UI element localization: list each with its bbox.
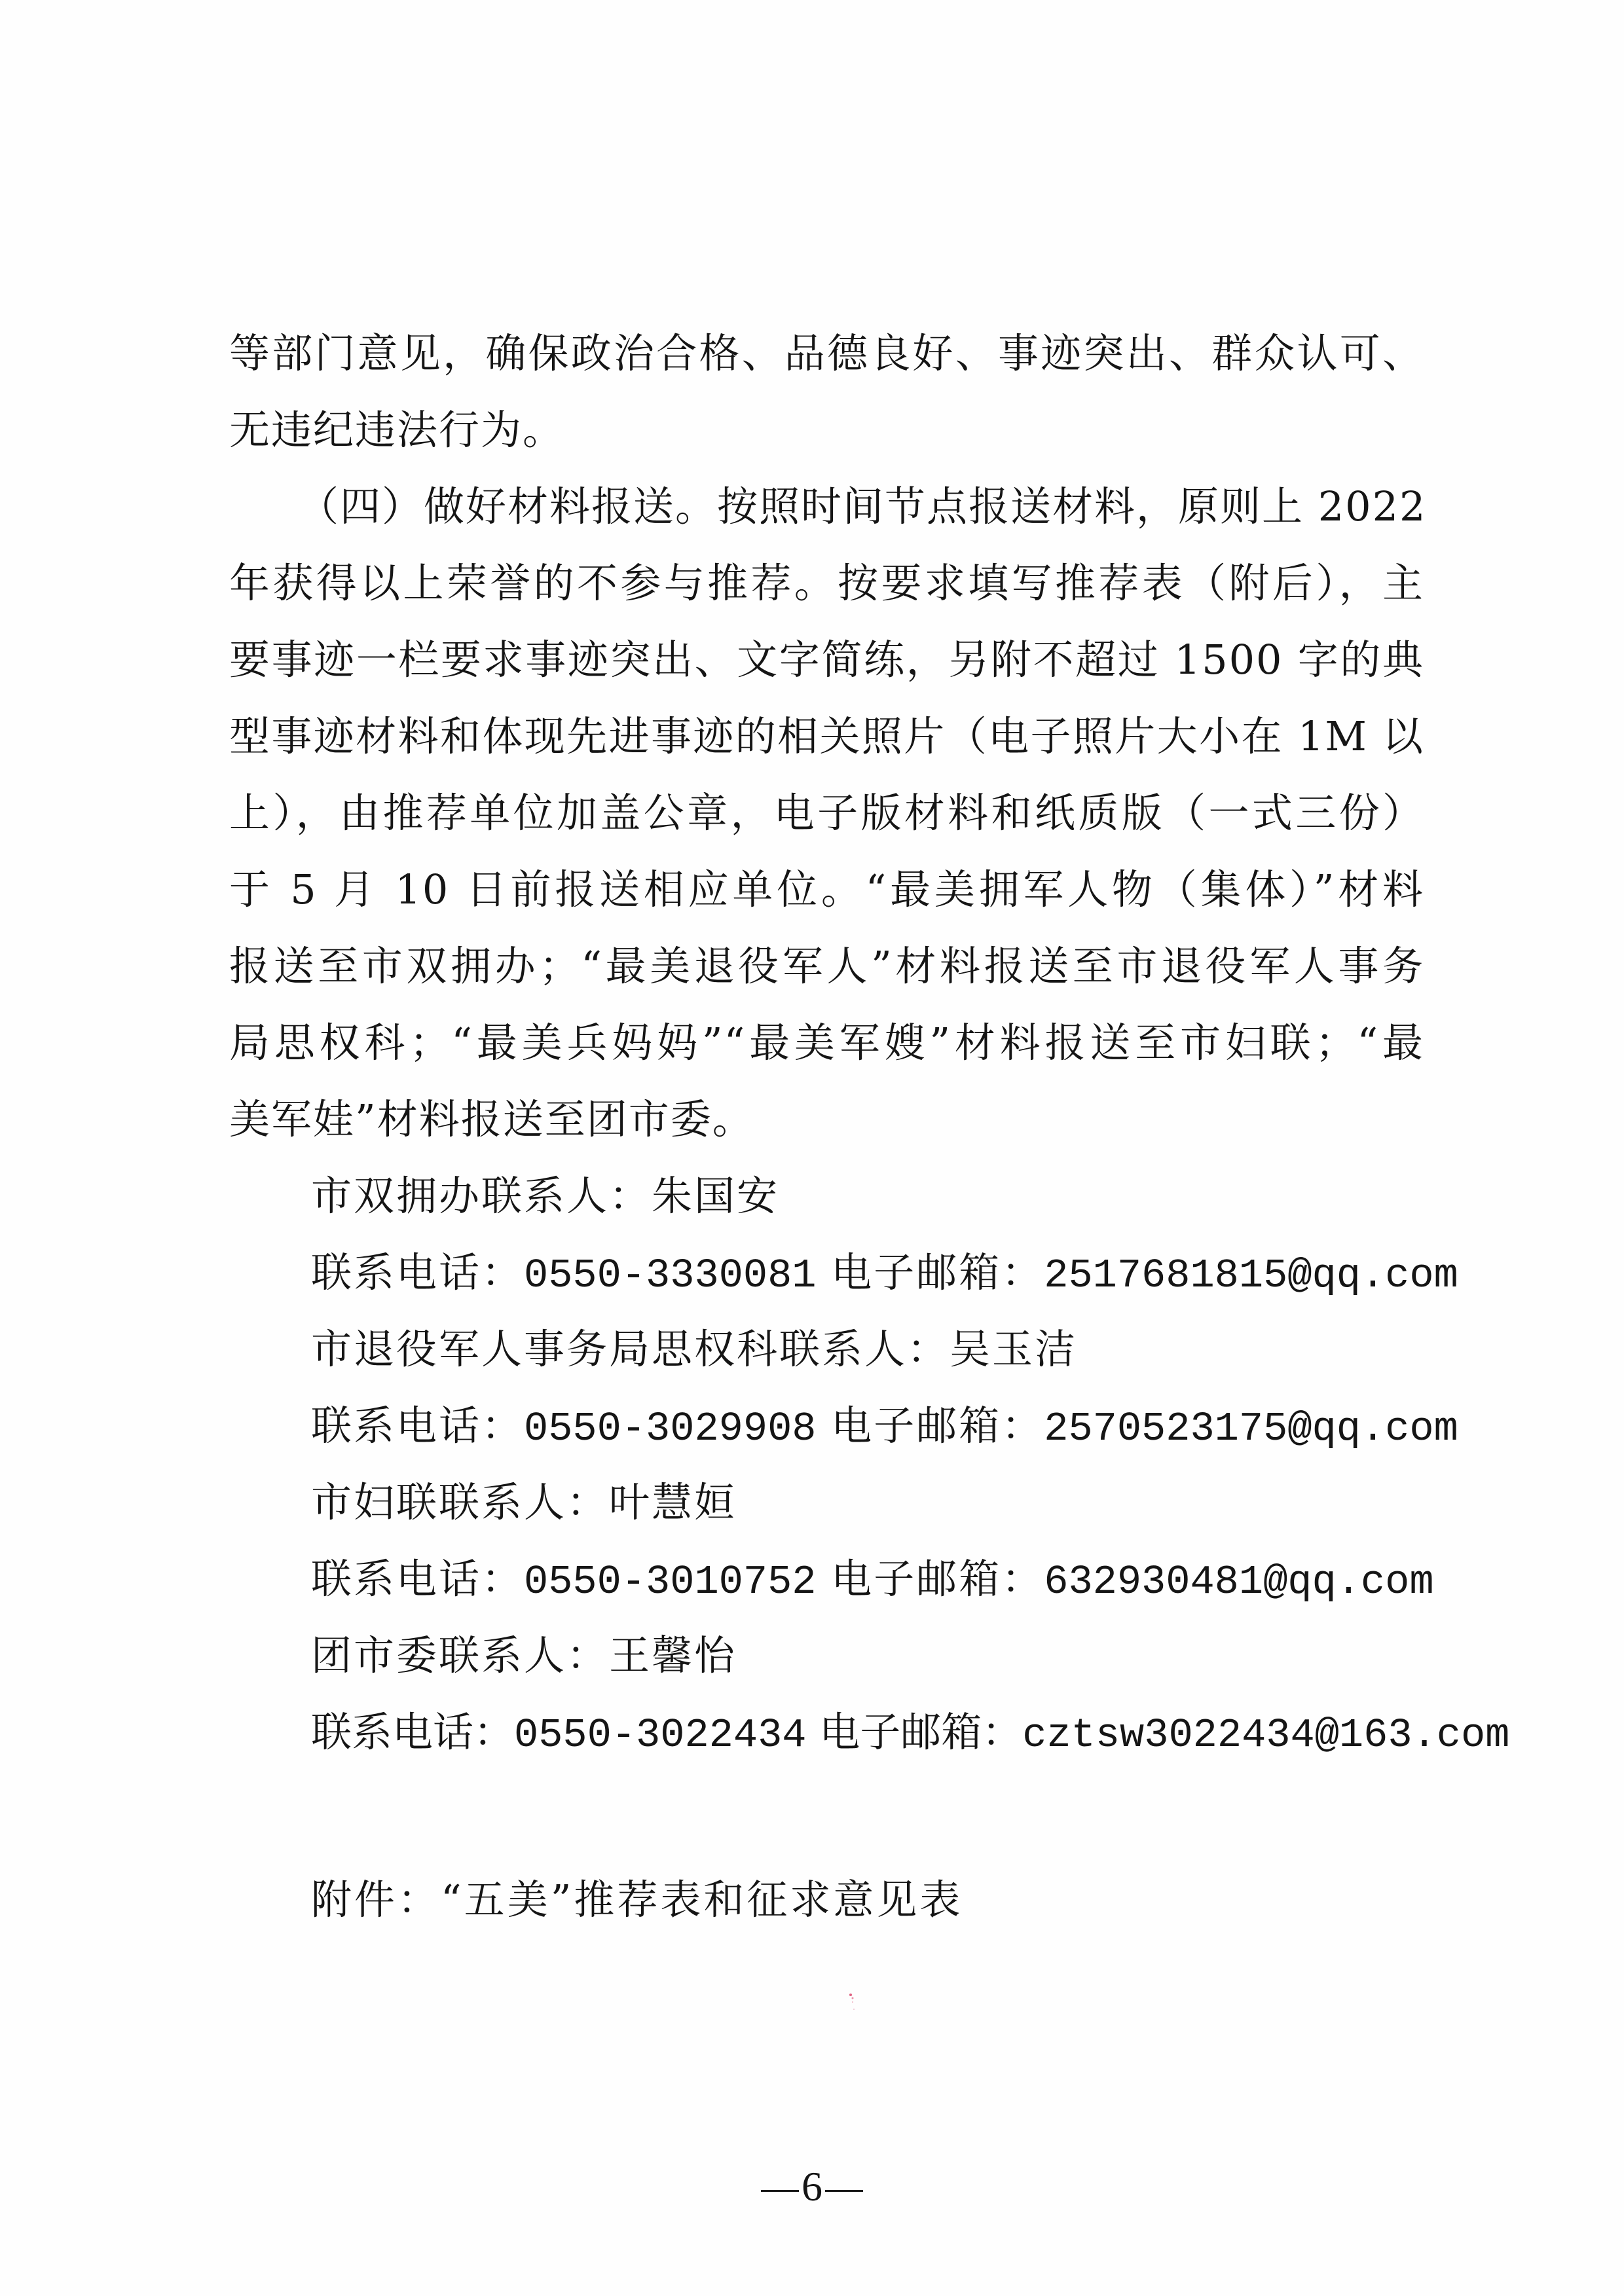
- phone-number: 0550-3010752: [524, 1559, 816, 1605]
- email-address[interactable]: 2570523175@qq.com: [1044, 1406, 1458, 1452]
- document-page: 等部门意见，确保政治合格、品德良好、事迹突出、群众认可、 无违纪违法行为。 （四…: [0, 0, 1624, 2296]
- dash-left-icon: [761, 2190, 799, 2192]
- body-line-1: 等部门意见，确保政治合格、品德良好、事迹突出、群众认可、: [229, 327, 1424, 380]
- contact-details-youth-league: 联系电话：0550-3022434 电子邮箱：cztsw3022434@163.…: [311, 1706, 1424, 1762]
- body-line-7: 上），由推荐单位加盖公章，电子版材料和纸质版（一式三份）: [229, 787, 1424, 839]
- email-address[interactable]: cztsw3022434@163.com: [1022, 1712, 1509, 1758]
- contact-details-shuangyongban: 联系电话：0550-3330081 电子邮箱：2517681815@qq.com: [311, 1247, 1424, 1302]
- contact-details-veterans-bureau: 联系电话：0550-3029908 电子邮箱：2570523175@qq.com: [311, 1400, 1424, 1455]
- contact-person-youth-league: 团市委联系人：王馨怡: [311, 1630, 737, 1682]
- red-ink-speck-icon: [849, 1993, 855, 2013]
- page-number: 6: [0, 2160, 1624, 2213]
- body-line-5: 要事迹一栏要求事迹突出、文字简练，另附不超过 1500 字的典: [229, 634, 1424, 686]
- email-label: 电子邮箱：: [831, 1248, 1044, 1296]
- body-line-10: 局思权科；“最美兵妈妈”“最美军嫂”材料报送至市妇联；“最: [229, 1017, 1424, 1069]
- dash-right-icon: [825, 2190, 863, 2192]
- email-label: 电子邮箱：: [831, 1402, 1044, 1449]
- phone-label: 联系电话：: [311, 1708, 514, 1756]
- phone-label: 联系电话：: [311, 1402, 524, 1449]
- email-label: 电子邮箱：: [819, 1708, 1022, 1756]
- phone-label: 联系电话：: [311, 1248, 524, 1296]
- contact-details-womens-federation: 联系电话：0550-3010752 电子邮箱：632930481@qq.com: [311, 1553, 1424, 1609]
- phone-number: 0550-3029908: [524, 1406, 816, 1452]
- phone-number: 0550-3022434: [514, 1712, 806, 1758]
- email-address[interactable]: 2517681815@qq.com: [1044, 1252, 1458, 1299]
- email-label: 电子邮箱：: [831, 1555, 1044, 1603]
- body-line-11: 美军娃”材料报送至团市委。: [229, 1093, 1424, 1146]
- contact-person-veterans-bureau: 市退役军人事务局思权科联系人：吴玉洁: [311, 1323, 1077, 1376]
- body-line-3-section-heading: （四）做好材料报送。按照时间节点报送材料，原则上 2022: [298, 481, 1424, 533]
- phone-number: 0550-3330081: [524, 1252, 816, 1299]
- contact-person-shuangyongban: 市双拥办联系人：朱国安: [311, 1170, 779, 1222]
- body-line-8: 于 5 月 10 日前报送相应单位。“最美拥军人物（集体）”材料: [229, 864, 1424, 916]
- contact-person-womens-federation: 市妇联联系人：叶慧姮: [311, 1476, 737, 1529]
- page-number-value: 6: [802, 2163, 822, 2210]
- body-line-4: 年获得以上荣誉的不参与推荐。按要求填写推荐表（附后），主: [229, 557, 1424, 610]
- attachment-note: 附件：“五美”推荐表和征求意见表: [311, 1874, 963, 1926]
- body-line-6: 型事迹材料和体现先进事迹的相关照片（电子照片大小在 1M 以: [229, 710, 1424, 763]
- email-address[interactable]: 632930481@qq.com: [1044, 1559, 1433, 1605]
- body-line-2: 无违纪违法行为。: [229, 404, 1424, 456]
- phone-label: 联系电话：: [311, 1555, 524, 1603]
- body-line-9: 报送至市双拥办；“最美退役军人”材料报送至市退役军人事务: [229, 940, 1424, 993]
